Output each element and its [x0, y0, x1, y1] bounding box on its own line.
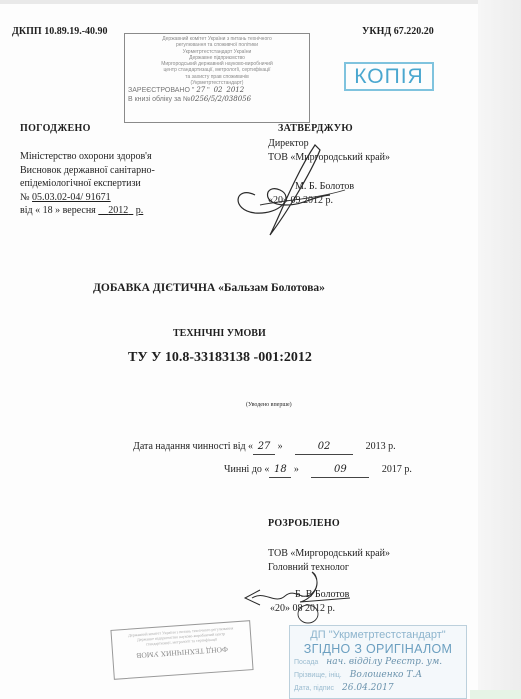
fund-stamp-title: ФОНД ТЕХНІЧНИХ УМОВ [113, 645, 251, 660]
approved-position: Директор [268, 137, 390, 151]
number-label: № [20, 192, 30, 203]
agreed-heading: ПОГОДЖЕНО [20, 123, 91, 134]
developed-heading: РОЗРОБЛЕНО [268, 518, 340, 529]
validity-end-label: Чинні до « [224, 464, 269, 475]
registered-day: 27 [196, 86, 205, 94]
agreed-date-line: від « 18 » вересня 2012 р. [20, 204, 155, 218]
original-copy-stamp: ДП "Укрметртестстандарт" ЗГІДНО З ОРИГІН… [289, 625, 467, 699]
bottom-green-edge [470, 690, 521, 699]
introduced-note: (Уводено вперше) [246, 402, 292, 408]
agreed-line: епідеміологічної експертизи [20, 177, 155, 191]
agreed-line: Міністерство охорони здоров'я [20, 150, 155, 164]
validity-start-year: 2013 р. [366, 441, 396, 452]
document-page: ДКПП 10.89.19.-40.90 УКНД 67.220.20 Держ… [0, 0, 478, 699]
registered-row: ЗАРЕЄСТРОВАНО " 27 " 02 2012 [128, 86, 306, 95]
registered-month: 02 [214, 86, 223, 94]
approved-name: М. Б. Болотов [295, 180, 354, 194]
registered-year: 2012 [226, 86, 244, 94]
catalog-row: В книзі обліку за №0256/5/2/038056 [128, 95, 306, 104]
page-top-edge [0, 0, 478, 4]
agreed-month: » вересня [55, 205, 96, 216]
developed-company: ТОВ «Миргородський край» [268, 547, 390, 561]
validity-start-month: 02 [295, 440, 353, 455]
developed-date: «20» 08 2012 р. [270, 602, 335, 616]
agreed-day: 18 [43, 205, 53, 216]
original-stamp-row: Посаданач. відділу Реєстр. ум. [294, 656, 466, 669]
validity-end-month: 09 [311, 463, 369, 478]
agreed-number-line: № 05.03.02-04/ 91671 [20, 191, 155, 205]
agreed-line: Висновок державної санітарно- [20, 164, 155, 178]
original-stamp-org: ДП "Укрметртестстандарт" [290, 629, 466, 641]
developed-position: Головний технолог [268, 561, 390, 575]
validity-start-day: 27 [253, 440, 275, 455]
dkpp-code: ДКПП 10.89.19.-40.90 [12, 26, 108, 37]
validity-end-year: 2017 р. [382, 464, 412, 475]
date-prefix: від « [20, 205, 40, 216]
original-stamp-row: Прізвище, ініц.Волошенко Т.А [294, 669, 466, 682]
copy-stamp: КОПІЯ [344, 62, 434, 91]
developed-name: Б. В Болотов [295, 588, 349, 602]
conclusion-number: 05.03.02-04/ 91671 [32, 192, 111, 203]
agreed-year: 2012 [98, 205, 133, 216]
registration-stamp: Державний комітет України з питань техні… [124, 33, 310, 123]
fund-stamp: Державний комітет України з питань техні… [110, 620, 253, 680]
approved-heading: ЗАТВЕРДЖУЮ [278, 123, 353, 134]
ukid-code: УКНД 67.220.20 [362, 26, 434, 37]
developed-block: ТОВ «Миргородський край» Головний технол… [268, 547, 390, 574]
validity-start-line: Дата надання чинності від «27 » 02 2013 … [133, 440, 396, 455]
original-stamp-row: Дата, підпис26.04.2017 [294, 682, 466, 695]
validity-start-label: Дата надання чинності від « [133, 441, 253, 452]
validity-end-day: 18 [269, 463, 291, 478]
approved-block: Директор ТОВ «Миргородський край» [268, 137, 390, 164]
year-suffix: р. [136, 205, 144, 216]
document-title: ДОБАВКА ДІЄТИЧНА «Бальзам Болотова» [93, 282, 325, 294]
catalog-number: 0256/5/2/038056 [191, 95, 252, 103]
agreed-block: Міністерство охорони здоров'я Висновок д… [20, 150, 155, 218]
document-subtitle: ТЕХНІЧНІ УМОВИ [173, 328, 266, 339]
catalog-label: В книзі обліку за № [128, 96, 191, 103]
original-stamp-main: ЗГІДНО З ОРИГІНАЛОМ [290, 642, 466, 656]
standard-code: ТУ У 10.8-33183138 -001:2012 [128, 350, 312, 366]
page-shadow [478, 0, 521, 699]
approved-date: «20» 09 2012 р. [268, 194, 333, 208]
registered-label: ЗАРЕЄСТРОВАНО [128, 87, 190, 94]
approved-company: ТОВ «Миргородський край» [268, 151, 390, 165]
validity-end-line: Чинні до «18 » 09 2017 р. [224, 463, 412, 478]
